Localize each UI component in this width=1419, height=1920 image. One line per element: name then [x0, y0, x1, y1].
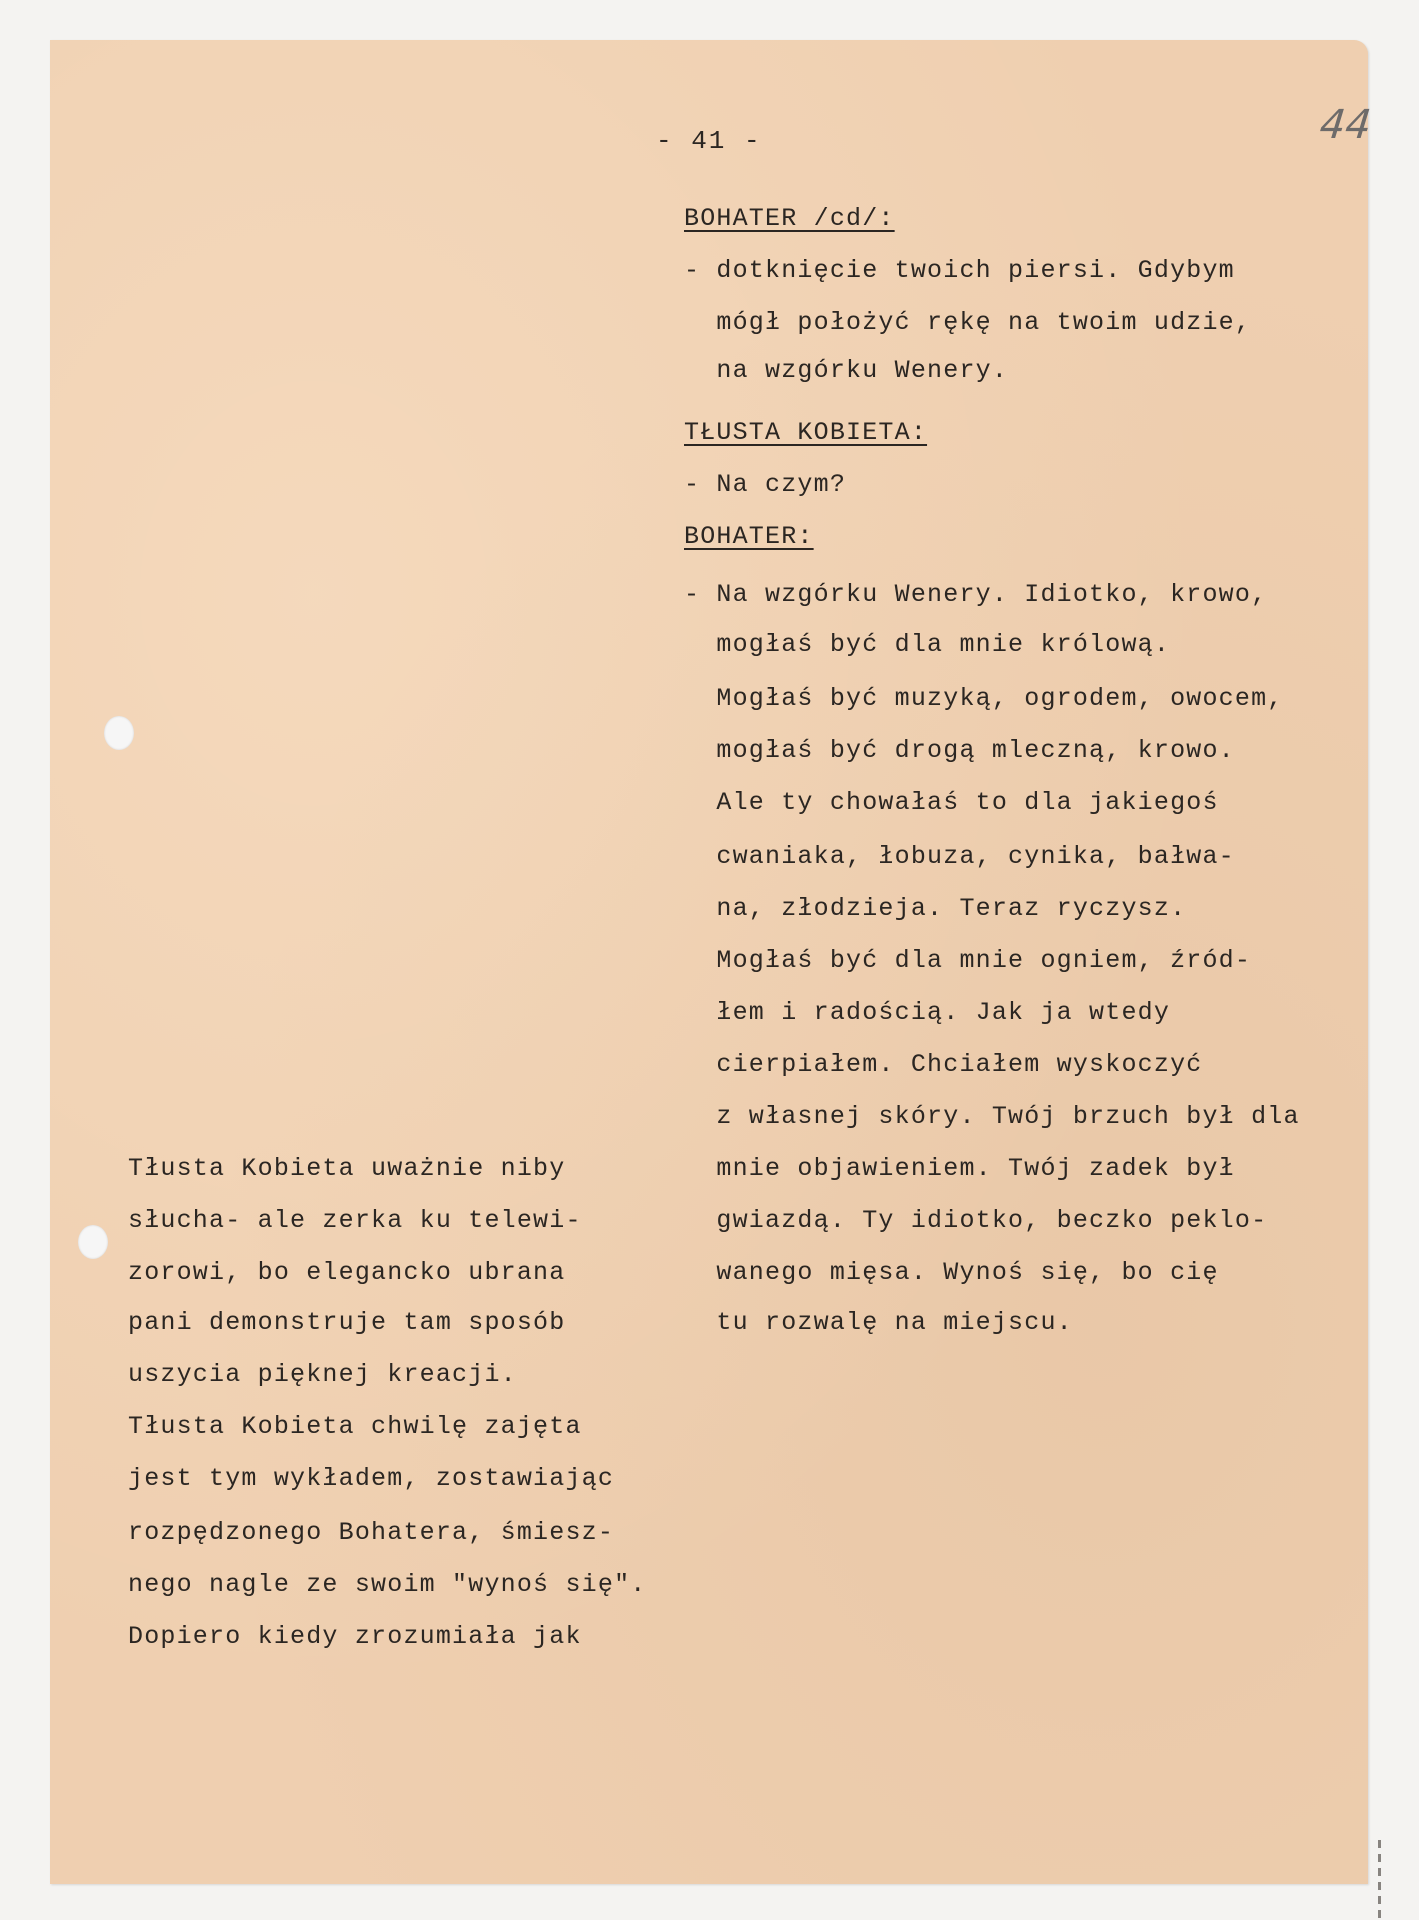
dialogue-line: Mogłaś być muzyką, ogrodem, owocem, — [684, 686, 1284, 711]
edge-mark — [1378, 1840, 1381, 1920]
speaker-heading: TŁUSTA KOBIETA: — [684, 420, 927, 445]
dialogue-line: mnie objawieniem. Twój zadek był — [684, 1156, 1235, 1181]
dialogue-line: na wzgórku Wenery. — [684, 358, 1008, 383]
dialogue-line: cwaniaka, łobuza, cynika, bałwa- — [684, 844, 1235, 869]
stage-direction-line: Tłusta Kobieta chwilę zajęta — [128, 1414, 582, 1439]
speaker-heading: BOHATER /cd/: — [684, 206, 895, 231]
typescript-page: 44 - 41 - BOHATER /cd/: - dotknięcie two… — [50, 40, 1368, 1884]
stage-direction-line: słucha- ale zerka ku telewi- — [128, 1208, 582, 1233]
dialogue-line: cierpiałem. Chciałem wyskoczyć — [684, 1052, 1202, 1077]
dialogue-line: mogłaś być dla mnie królową. — [684, 632, 1170, 657]
dialogue-line: mogłaś być drogą mleczną, krowo. — [684, 738, 1235, 763]
handwritten-folio-number: 44 — [1318, 102, 1374, 148]
dialogue-line: - dotknięcie twoich piersi. Gdybym — [684, 258, 1235, 283]
stage-direction-line: jest tym wykładem, zostawiając — [128, 1466, 614, 1491]
speaker-heading: BOHATER: — [684, 524, 814, 549]
dialogue-line: mógł położyć rękę na twoim udzie, — [684, 310, 1251, 335]
dialogue-line: wanego mięsa. Wynoś się, bo cię — [684, 1260, 1219, 1285]
stage-direction-line: uszycia pięknej kreacji. — [128, 1362, 517, 1387]
page-number: - 41 - — [656, 126, 762, 156]
stage-direction-line: Dopiero kiedy zrozumiała jak — [128, 1624, 582, 1649]
stage-direction-line: rozpędzonego Bohatera, śmiesz- — [128, 1520, 614, 1545]
dialogue-line: - Na wzgórku Wenery. Idiotko, krowo, — [684, 582, 1267, 607]
dialogue-line: na, złodzieja. Teraz ryczysz. — [684, 896, 1186, 921]
punch-hole-top — [104, 716, 134, 750]
punch-hole-bottom — [78, 1225, 108, 1259]
dialogue-line: tu rozwalę na miejscu. — [684, 1310, 1073, 1335]
stage-direction-line: zorowi, bo elegancko ubrana — [128, 1260, 565, 1285]
stage-direction-line: pani demonstruje tam sposób — [128, 1310, 565, 1335]
dialogue-line: gwiazdą. Ty idiotko, beczko peklo- — [684, 1208, 1267, 1233]
dialogue-line: Mogłaś być dla mnie ogniem, źród- — [684, 948, 1251, 973]
dialogue-line: Ale ty chowałaś to dla jakiegoś — [684, 790, 1219, 815]
dialogue-line: z własnej skóry. Twój brzuch był dla — [684, 1104, 1300, 1129]
dialogue-line: - Na czym? — [684, 472, 846, 497]
stage-direction-line: nego nagle ze swoim "wynoś się". — [128, 1572, 646, 1597]
dialogue-line: łem i radością. Jak ja wtedy — [684, 1000, 1170, 1025]
stage-direction-line: Tłusta Kobieta uważnie niby — [128, 1156, 565, 1181]
